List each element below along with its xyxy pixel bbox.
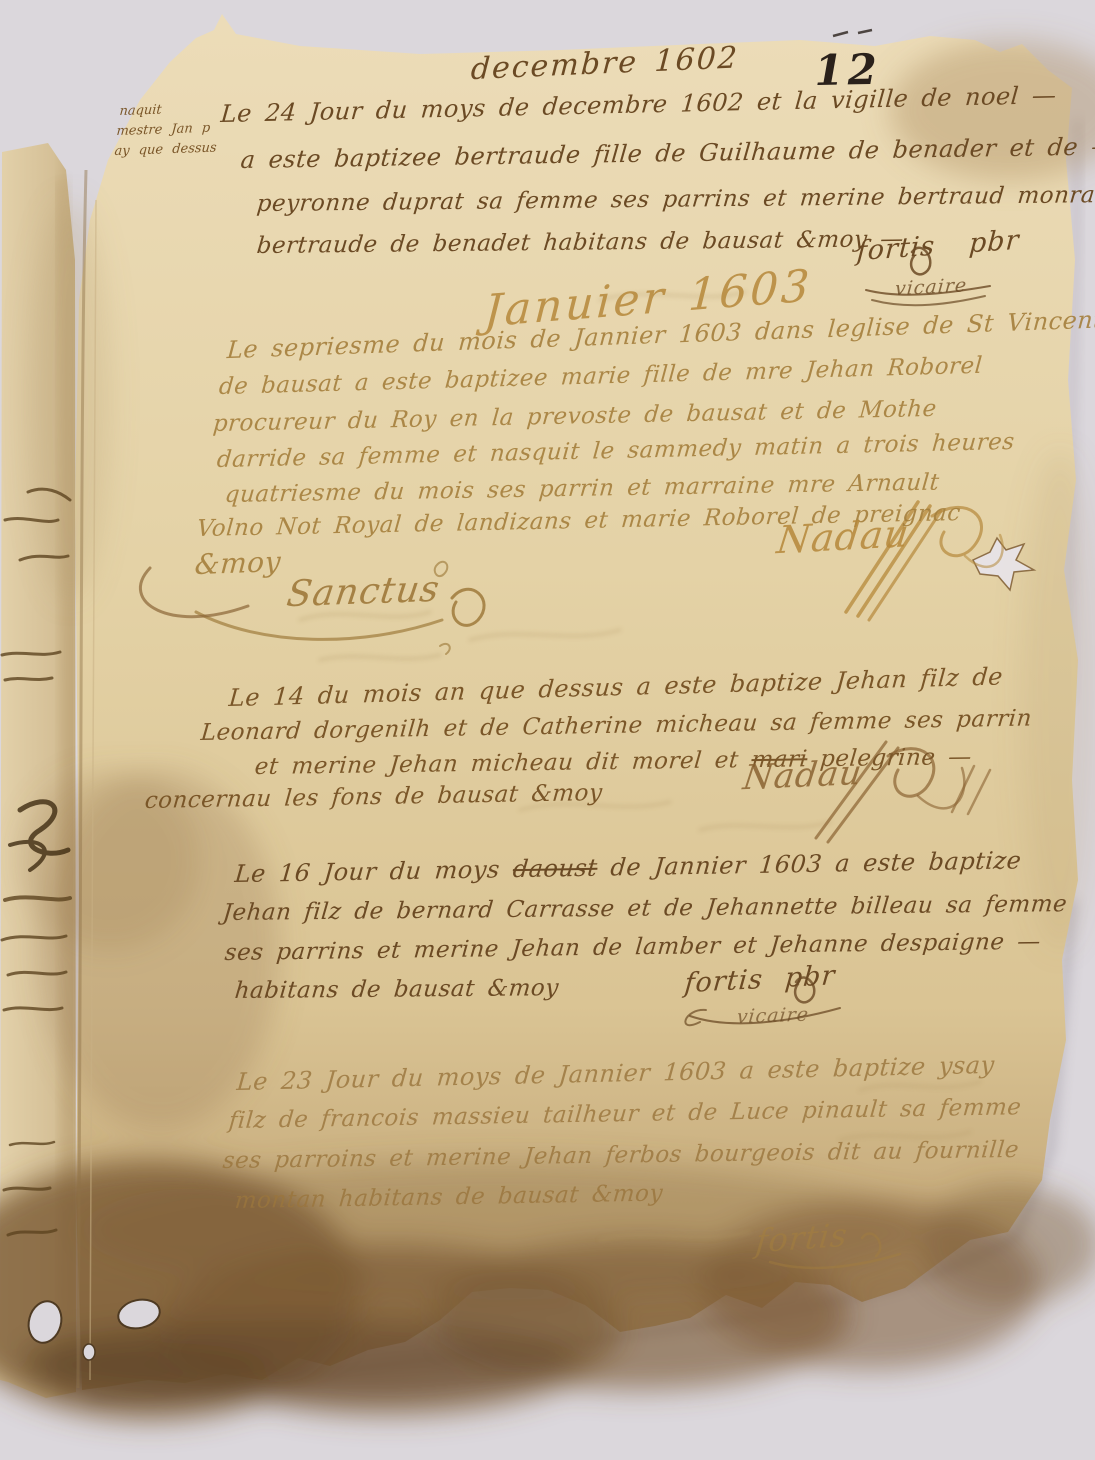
signature-name: fortis: [856, 231, 936, 268]
entry-line-segment: Le 16 Jour du moys: [234, 855, 515, 888]
signature-name: fortis: [683, 964, 764, 999]
signature: fortis: [754, 1216, 850, 1261]
paraph-flourish: [762, 987, 784, 988]
signature: Sanctus: [284, 569, 442, 616]
margin-note-line: naquit: [119, 103, 162, 120]
signature-line: vicaire: [894, 274, 968, 300]
paraph-flourish: [935, 252, 969, 254]
signature-title: pbr: [784, 960, 837, 994]
signature: Nadau: [775, 511, 913, 562]
manuscript-scan: decembre 1602 12 naquit mestre Jan p ay …: [0, 0, 1095, 1460]
signature-title: pbr: [968, 225, 1021, 260]
entry-line: &moy: [194, 545, 282, 581]
struck-word: daoust: [512, 854, 599, 884]
signature: Nadau: [741, 753, 865, 798]
signature-line: vicaire: [736, 1003, 810, 1028]
paper-hole: [83, 1344, 95, 1360]
entry-line: habitans de bausat &moy: [233, 975, 560, 1004]
